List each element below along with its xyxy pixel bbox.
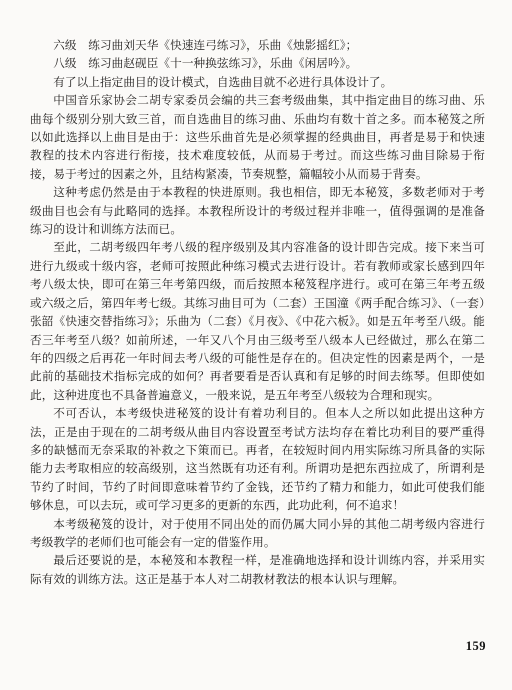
paragraph: 这种考虑仍然是由于本教程的快进原则。我也相信，即无本秘笈，多数老师对于考级曲目也… — [30, 184, 485, 239]
book-page: 六级 练习曲刘天华《快速连弓练习》，乐曲《烛影摇红》；八级 练习曲赵砚臣《十一种… — [0, 0, 512, 690]
paragraph: 不可否认，本考级快进秘笈的设计有着功利目的。但本人之所以如此提出这种方法，正是由… — [30, 405, 485, 515]
paragraph: 本考级秘笈的设计，对于使用不同出处的而仍属大同小异的其他二胡考级内容进行考级教学… — [30, 516, 485, 553]
paragraph: 最后还要说的是，本秘笈和本教程一样，是准确地选择和设计训练内容，并采用实际有效的… — [30, 552, 485, 589]
text-block: 六级 练习曲刘天华《快速连弓练习》，乐曲《烛影摇红》；八级 练习曲赵砚臣《十一种… — [30, 37, 485, 589]
paragraph: 有了以上指定曲目的设计模式，自选曲目就不必进行具体设计了。 — [30, 74, 485, 92]
page-number: 159 — [440, 639, 486, 654]
paragraph: 中国音乐家协会二胡专家委员会编的共三套考级曲集，其中指定曲目的练习曲、乐曲每个级… — [30, 92, 485, 184]
repertoire-list-item: 八级 练习曲赵砚臣《十一种换弦练习》，乐曲《闲居吟》。 — [30, 55, 485, 73]
repertoire-list-item: 六级 练习曲刘天华《快速连弓练习》，乐曲《烛影摇红》； — [30, 37, 485, 55]
paragraph: 至此，二胡考级四年考八级的程序级别及其内容准备的设计即告完成。接下来当可进行九级… — [30, 239, 485, 405]
